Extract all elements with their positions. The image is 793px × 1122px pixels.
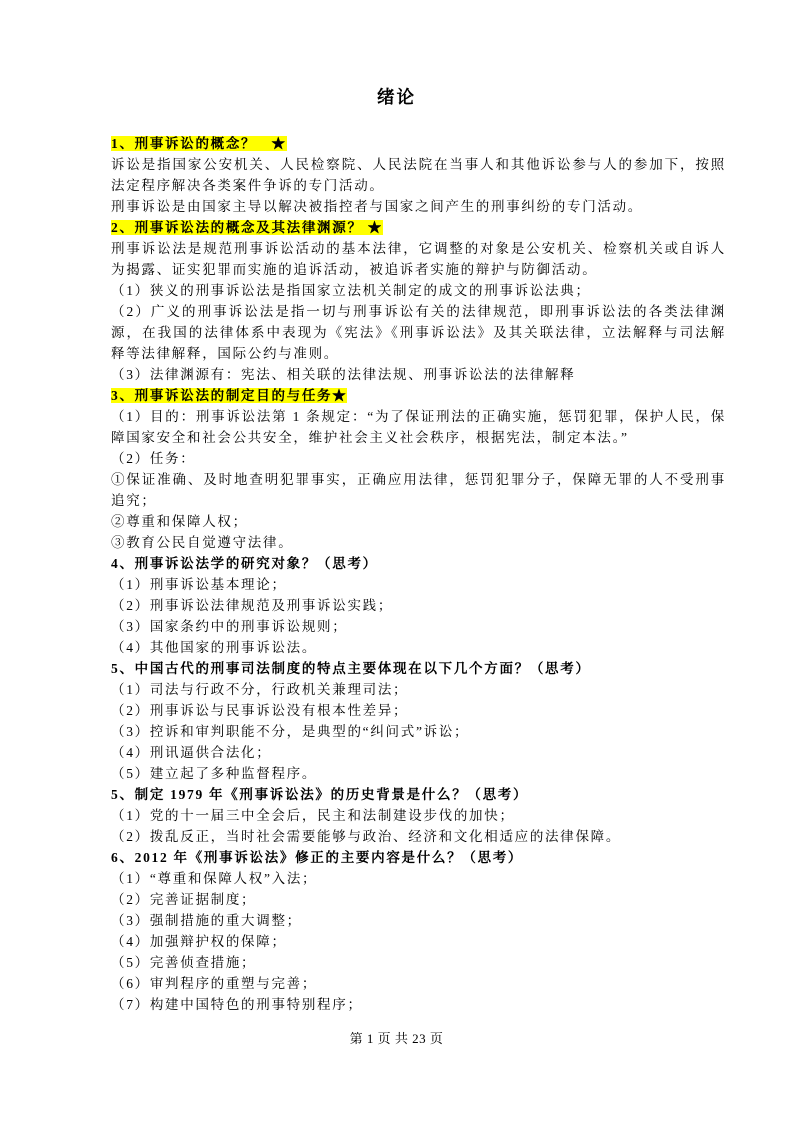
section-5-heading: 5、中国古代的刑事司法制度的特点主要体现在以下几个方面？（思考） bbox=[111, 661, 591, 676]
paragraph: （1）狭义的刑事诉讼法是指国家立法机关制定的成文的刑事诉讼法典； bbox=[111, 280, 726, 301]
section-6: 6、2012 年《刑事诉讼法》修正的主要内容是什么？（思考） （1）“尊重和保障… bbox=[111, 847, 726, 1015]
section-2: 2、刑事诉讼法的概念及其法律渊源？ ★ 刑事诉讼法是规范刑事诉讼活动的基本法律，… bbox=[111, 217, 726, 385]
paragraph: （3）国家条约中的刑事诉讼规则； bbox=[111, 616, 726, 637]
paragraph: （4）刑讯逼供合法化； bbox=[111, 742, 726, 763]
paragraph: （1）刑事诉讼基本理论； bbox=[111, 574, 726, 595]
section-5b-heading: 5、制定 1979 年《刑事诉讼法》的历史背景是什么？（思考） bbox=[111, 787, 528, 802]
section-5: 5、中国古代的刑事司法制度的特点主要体现在以下几个方面？（思考） （1）司法与行… bbox=[111, 658, 726, 784]
paragraph: （5）建立起了多种监督程序。 bbox=[111, 763, 726, 784]
paragraph: ③教育公民自觉遵守法律。 bbox=[111, 532, 726, 553]
paragraph: （4）其他国家的刑事诉讼法。 bbox=[111, 637, 726, 658]
section-3: 3、刑事诉讼法的制定目的与任务★ （1）目的：刑事诉讼法第 1 条规定：“为了保… bbox=[111, 385, 726, 553]
paragraph: （2）刑事诉讼与民事诉讼没有根本性差异； bbox=[111, 700, 726, 721]
paragraph: （5）完善侦查措施； bbox=[111, 952, 726, 973]
paragraph: （6）审判程序的重塑与完善； bbox=[111, 973, 726, 994]
section-heading-line: 4、刑事诉讼法学的研究对象？（思考） bbox=[111, 553, 726, 574]
paragraph: （1）司法与行政不分，行政机关兼理司法； bbox=[111, 679, 726, 700]
section-1: 1、刑事诉讼的概念？ ★ 诉讼是指国家公安机关、人民检察院、人民法院在当事人和其… bbox=[111, 133, 726, 217]
section-heading-line: 3、刑事诉讼法的制定目的与任务★ bbox=[111, 385, 726, 406]
page-footer: 第 1 页 共 23 页 bbox=[0, 1028, 793, 1049]
section-4-heading: 4、刑事诉讼法学的研究对象？（思考） bbox=[111, 556, 378, 571]
paragraph: （3）控诉和审判职能不分，是典型的“纠问式”诉讼； bbox=[111, 721, 726, 742]
section-1-heading: 1、刑事诉讼的概念？ ★ bbox=[111, 136, 287, 151]
paragraph: （3）强制措施的重大调整； bbox=[111, 910, 726, 931]
section-4: 4、刑事诉讼法学的研究对象？（思考） （1）刑事诉讼基本理论； （2）刑事诉讼法… bbox=[111, 553, 726, 658]
section-heading-line: 1、刑事诉讼的概念？ ★ bbox=[111, 133, 726, 154]
section-2-heading: 2、刑事诉讼法的概念及其法律渊源？ ★ bbox=[111, 220, 383, 235]
paragraph: ①保证准确、及时地查明犯罪事实，正确应用法律，惩罚犯罪分子，保障无罪的人不受刑事… bbox=[111, 469, 726, 511]
paragraph: （2）任务： bbox=[111, 448, 726, 469]
paragraph: 诉讼是指国家公安机关、人民检察院、人民法院在当事人和其他诉讼参与人的参加下，按照… bbox=[111, 154, 726, 196]
paragraph: （1）目的：刑事诉讼法第 1 条规定：“为了保证刑法的正确实施，惩罚犯罪，保护人… bbox=[111, 406, 726, 448]
section-5b: 5、制定 1979 年《刑事诉讼法》的历史背景是什么？（思考） （1）党的十一届… bbox=[111, 784, 726, 847]
section-6-heading: 6、2012 年《刑事诉讼法》修正的主要内容是什么？（思考） bbox=[111, 850, 523, 865]
section-heading-line: 5、中国古代的刑事司法制度的特点主要体现在以下几个方面？（思考） bbox=[111, 658, 726, 679]
section-heading-line: 5、制定 1979 年《刑事诉讼法》的历史背景是什么？（思考） bbox=[111, 784, 726, 805]
paragraph: （2）拨乱反正，当时社会需要能够与政治、经济和文化相适应的法律保障。 bbox=[111, 826, 726, 847]
document-body: 1、刑事诉讼的概念？ ★ 诉讼是指国家公安机关、人民检察院、人民法院在当事人和其… bbox=[111, 133, 726, 1015]
paragraph: 刑事诉讼法是规范刑事诉讼活动的基本法律，它调整的对象是公安机关、检察机关或自诉人… bbox=[111, 238, 726, 280]
paragraph: ②尊重和保障人权； bbox=[111, 511, 726, 532]
section-heading-line: 2、刑事诉讼法的概念及其法律渊源？ ★ bbox=[111, 217, 726, 238]
document-page: 绪论 1、刑事诉讼的概念？ ★ 诉讼是指国家公安机关、人民检察院、人民法院在当事… bbox=[0, 0, 793, 1122]
paragraph: 刑事诉讼是由国家主导以解决被指控者与国家之间产生的刑事纠纷的专门活动。 bbox=[111, 196, 726, 217]
paragraph: （2）刑事诉讼法律规范及刑事诉讼实践； bbox=[111, 595, 726, 616]
section-3-heading: 3、刑事诉讼法的制定目的与任务★ bbox=[111, 388, 347, 403]
paragraph: （1）党的十一届三中全会后，民主和法制建设步伐的加快； bbox=[111, 805, 726, 826]
paragraph: （3）法律渊源有：宪法、相关联的法律法规、刑事诉讼法的法律解释 bbox=[111, 364, 726, 385]
section-heading-line: 6、2012 年《刑事诉讼法》修正的主要内容是什么？（思考） bbox=[111, 847, 726, 868]
paragraph: （4）加强辩护权的保障； bbox=[111, 931, 726, 952]
paragraph: （1）“尊重和保障人权”入法； bbox=[111, 868, 726, 889]
paragraph: （7）构建中国特色的刑事特别程序； bbox=[111, 994, 726, 1015]
page-title: 绪论 bbox=[0, 84, 793, 110]
paragraph: （2）广义的刑事诉讼法是指一切与刑事诉讼有关的法律规范，即刑事诉讼法的各类法律渊… bbox=[111, 301, 726, 364]
paragraph: （2）完善证据制度； bbox=[111, 889, 726, 910]
